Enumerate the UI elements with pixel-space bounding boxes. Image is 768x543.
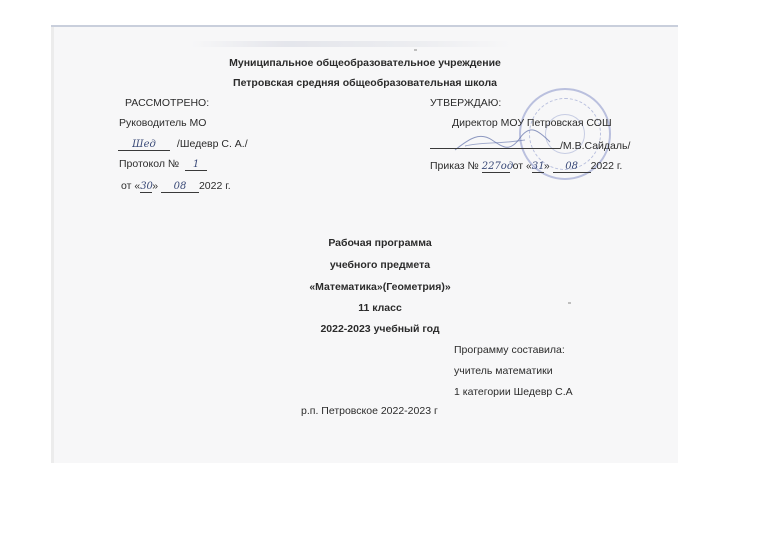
order-date-prefix: от « [513, 160, 532, 172]
academic-year: 2022-2023 учебный год [250, 323, 510, 336]
program-title-line1: Рабочая программа [250, 237, 510, 250]
order-date-day: 31 [532, 161, 544, 173]
grade-level: 11 класс [250, 302, 510, 315]
approved-title: УТВЕРЖДАЮ: [430, 97, 501, 110]
protocol-number: 1 [185, 159, 207, 171]
protocol-label: Протокол № [119, 158, 179, 170]
scan-artifact [568, 302, 571, 304]
author-label: Программу составила: [454, 344, 565, 357]
school-name: Петровская средняя общеобразовательная ш… [220, 77, 510, 90]
date-mid: » [152, 180, 158, 192]
approved-signature-line: /М.В.Сайдаль/ [430, 138, 630, 153]
reviewed-position: Руководитель МО [119, 117, 206, 130]
reviewer-name: /Шедевр С. А./ [177, 138, 248, 150]
date-day: 30 [140, 181, 152, 193]
order-number: 227од [482, 161, 510, 173]
program-title-line2: учебного предмета [250, 259, 510, 272]
order-date-month: 08 [553, 161, 591, 173]
author-position: учитель математики [454, 365, 553, 378]
date-year: 2022 г. [199, 180, 231, 192]
order-date-year: 2022 г. [591, 160, 623, 172]
order-date-mid: » [544, 160, 550, 172]
date-month: 08 [161, 181, 199, 193]
director-name: /М.В.Сайдаль/ [560, 140, 630, 152]
reviewed-date-line: от «30» 082022 г. [121, 180, 231, 193]
place-and-year: р.п. Петровское 2022-2023 г [301, 405, 438, 418]
order-line: Приказ № 227од от «31» 082022 г. [430, 160, 622, 173]
protocol-line: Протокол № 1 [119, 158, 207, 171]
subject-name: «Математика»(Геометрия)» [250, 281, 510, 294]
scan-artifact [414, 49, 417, 51]
reviewed-title: РАССМОТРЕНО: [125, 97, 209, 110]
reviewed-signature-line: Шед /Шедевр С. А./ [118, 138, 248, 151]
handwritten-signature: Шед [118, 139, 170, 151]
scan-artifact [191, 41, 511, 47]
signature-underline [430, 138, 560, 149]
institution-name: Муниципальное общеобразовательное учрежд… [220, 57, 510, 70]
author-name: 1 категории Шедевр С.А [454, 386, 573, 399]
date-prefix: от « [121, 180, 140, 192]
approved-position: Директор МОУ Петровская СОШ [452, 117, 612, 130]
order-label: Приказ № [430, 160, 479, 172]
